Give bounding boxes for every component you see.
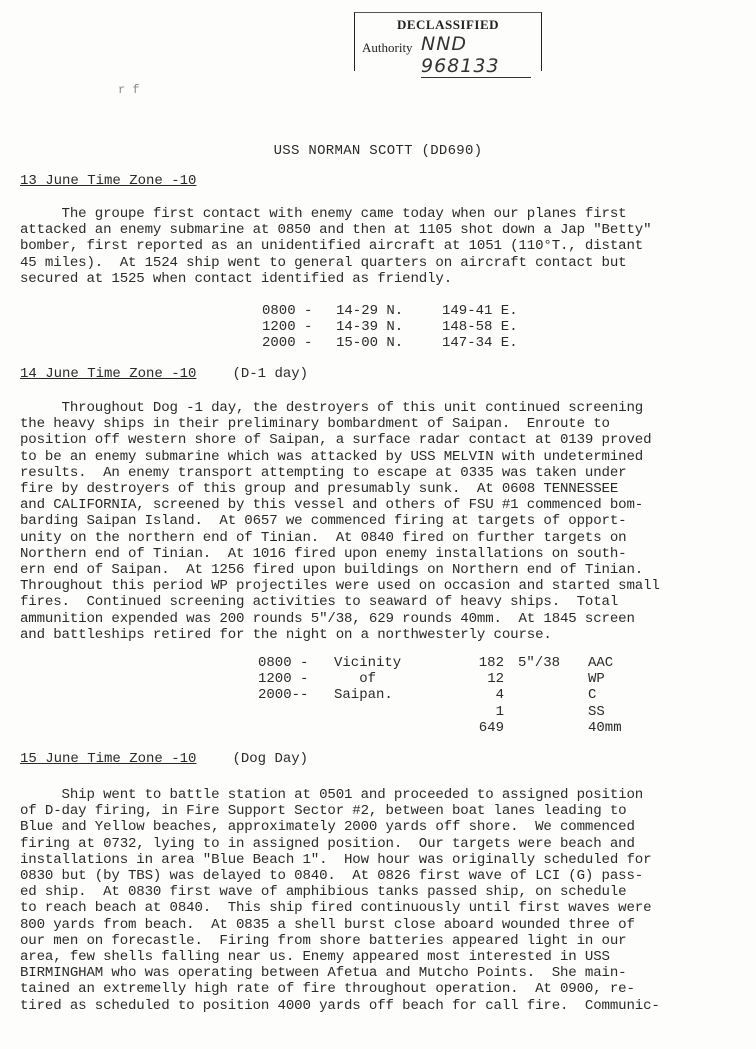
- table-cell: AAC: [588, 655, 648, 671]
- table-row: 2000--Saipan.4C: [258, 687, 648, 703]
- document-title: USS NORMAN SCOTT (DD690): [0, 143, 756, 159]
- table-cell: [504, 704, 588, 720]
- document-page: DECLASSIFIED Authority NND 968133 r f US…: [0, 0, 756, 1049]
- text-line: fires. Continued screening activities to…: [20, 594, 748, 610]
- table-cell: 1: [470, 704, 504, 720]
- section-note: (Dog Day): [232, 751, 308, 767]
- text-line: ed ship. At 0830 first wave of amphibiou…: [20, 884, 748, 900]
- table-cell: 14-29 N.: [336, 303, 442, 319]
- table-cell: 0800 -: [262, 303, 336, 319]
- table-cell: 1200 -: [258, 671, 334, 687]
- text-line: attacked an enemy submarine at 0850 and …: [20, 222, 748, 238]
- position-row: 0800 -14-29 N.149-41 E.: [262, 303, 532, 319]
- table-cell: 2000 -: [262, 335, 336, 351]
- stamp-authority-label: Authority: [362, 40, 413, 56]
- table-cell: 149-41 E.: [442, 303, 532, 319]
- text-line: Throughout this period WP projectiles we…: [20, 578, 748, 594]
- text-line: ammunition expended was 200 rounds 5"/38…: [20, 611, 748, 627]
- table-cell: [334, 704, 470, 720]
- position-table-13-june: 0800 -14-29 N.149-41 E.1200 -14-39 N.148…: [262, 303, 532, 352]
- section-body-15-june: Ship went to battle station at 0501 and …: [20, 787, 748, 1014]
- table-cell: 40mm: [588, 720, 648, 736]
- text-line: and CALIFORNIA, screened by this vessel …: [20, 497, 748, 513]
- text-line: installations in area "Blue Beach 1". Ho…: [20, 852, 748, 868]
- text-line: our men on forecastle. Firing from shore…: [20, 933, 748, 949]
- text-line: tired as scheduled to position 4000 yard…: [20, 998, 748, 1014]
- table-cell: 147-34 E.: [442, 335, 532, 351]
- table-cell: of: [334, 671, 470, 687]
- text-line: BIRMINGHAM who was operating between Afe…: [20, 965, 748, 981]
- table-cell: 5"/38: [504, 655, 588, 671]
- table-cell: 14-39 N.: [336, 319, 442, 335]
- position-row: 2000 -15-00 N.147-34 E.: [262, 335, 532, 351]
- table-row: 1SS: [258, 704, 648, 720]
- section-heading-14-june: 14 June Time Zone -10(D-1 day): [20, 366, 308, 382]
- table-cell: Saipan.: [334, 687, 470, 703]
- section-heading-13-june: 13 June Time Zone -10: [20, 173, 196, 189]
- table-cell: 182: [470, 655, 504, 671]
- text-line: results. An enemy transport attempting t…: [20, 465, 748, 481]
- text-line: 45 miles). At 1524 ship went to general …: [20, 255, 748, 271]
- table-cell: 12: [470, 671, 504, 687]
- table-cell: [258, 720, 334, 736]
- text-line: ern end of Saipan. At 1256 fired upon bu…: [20, 562, 748, 578]
- text-line: secured at 1525 when contact identified …: [20, 271, 748, 287]
- text-line: Northern end of Tinian. At 1016 fired up…: [20, 546, 748, 562]
- text-line: and battleships retired for the night on…: [20, 627, 748, 643]
- stamp-title: DECLASSIFIED: [355, 17, 541, 33]
- table-cell: 649: [470, 720, 504, 736]
- table-cell: 148-58 E.: [442, 319, 532, 335]
- table-cell: [504, 671, 588, 687]
- text-line: The groupe first contact with enemy came…: [20, 206, 748, 222]
- table-row: 64940mm: [258, 720, 648, 736]
- table-row: 1200 - of12WP: [258, 671, 648, 687]
- table-cell: 0800 -: [258, 655, 334, 671]
- text-line: firing at 0732, lying to in assigned pos…: [20, 836, 748, 852]
- section-date: 13 June Time Zone -10: [20, 173, 196, 189]
- table-row: 0800 -Vicinity1825"/38AAC: [258, 655, 648, 671]
- text-line: 800 yards from beach. At 0835 a shell bu…: [20, 917, 748, 933]
- text-line: Throughout Dog -1 day, the destroyers of…: [20, 400, 748, 416]
- text-line: position off western shore of Saipan, a …: [20, 432, 748, 448]
- text-line: Blue and Yellow beaches, approximately 2…: [20, 819, 748, 835]
- declassified-stamp: DECLASSIFIED Authority NND 968133: [354, 12, 542, 71]
- text-line: to reach beach at 0840. This ship fired …: [20, 900, 748, 916]
- section-heading-15-june: 15 June Time Zone -10(Dog Day): [20, 751, 308, 767]
- table-cell: [334, 720, 470, 736]
- position-ammunition-table-14-june: 0800 -Vicinity1825"/38AAC1200 - of12WP20…: [258, 655, 648, 736]
- text-line: of D-day firing, in Fire Support Sector …: [20, 803, 748, 819]
- text-line: unity on the northern end of Tinian. At …: [20, 530, 748, 546]
- section-body-14-june: Throughout Dog -1 day, the destroyers of…: [20, 400, 748, 643]
- section-date: 15 June Time Zone -10: [20, 751, 196, 767]
- table-cell: C: [588, 687, 648, 703]
- section-note: (D-1 day): [232, 366, 308, 382]
- table-cell: WP: [588, 671, 648, 687]
- text-line: to be an enemy submarine which was attac…: [20, 449, 748, 465]
- table-cell: [504, 720, 588, 736]
- stamp-authority-value: NND 968133: [421, 33, 531, 78]
- text-line: the heavy ships in their preliminary bom…: [20, 416, 748, 432]
- text-line: area, few shells falling near us. Enemy …: [20, 949, 748, 965]
- table-cell: 1200 -: [262, 319, 336, 335]
- table-cell: [258, 704, 334, 720]
- table-cell: SS: [588, 704, 648, 720]
- table-cell: 4: [470, 687, 504, 703]
- table-cell: 2000--: [258, 687, 334, 703]
- table-cell: 15-00 N.: [336, 335, 442, 351]
- text-line: barding Saipan Island. At 0657 we commen…: [20, 513, 748, 529]
- table-cell: [504, 687, 588, 703]
- section-body-13-june: The groupe first contact with enemy came…: [20, 206, 748, 287]
- table-cell: Vicinity: [334, 655, 470, 671]
- position-row: 1200 -14-39 N.148-58 E.: [262, 319, 532, 335]
- text-line: tained an extremelly high rate of fire t…: [20, 981, 748, 997]
- margin-mark: r f: [118, 83, 140, 97]
- text-line: fire by destroyers of this group and pre…: [20, 481, 748, 497]
- section-date: 14 June Time Zone -10: [20, 366, 196, 382]
- text-line: Ship went to battle station at 0501 and …: [20, 787, 748, 803]
- text-line: 0830 but (by TBS) was delayed to 0840. A…: [20, 868, 748, 884]
- text-line: bomber, first reported as an unidentifie…: [20, 238, 748, 254]
